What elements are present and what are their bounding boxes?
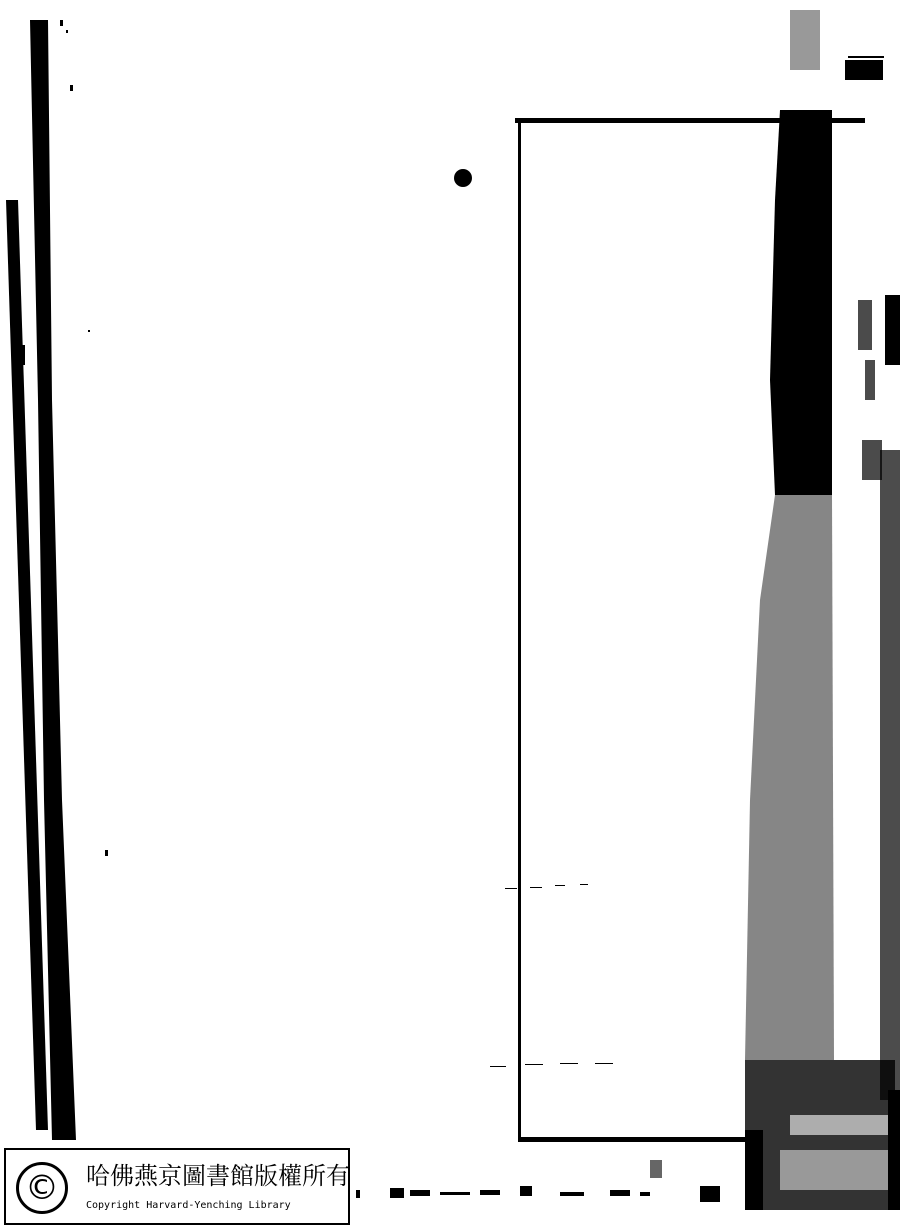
- copyright-icon: ©: [16, 1162, 68, 1214]
- label-frame-bottom: [518, 1137, 758, 1142]
- label-frame-left: [518, 120, 521, 1142]
- right-spine-textured: [745, 495, 834, 1060]
- ink-blot: [454, 169, 472, 187]
- scan-artifacts: [0, 0, 900, 1230]
- right-spine-dark: [770, 110, 832, 495]
- bottom-noise: [356, 1160, 720, 1202]
- top-right-speckles: [790, 10, 884, 80]
- scanned-page: © 哈佛燕京圖書館版權所有 Copyright Harvard-Yenching…: [0, 0, 900, 1230]
- stamp-english-text: Copyright Harvard-Yenching Library: [86, 1200, 291, 1211]
- dashed-guides: [490, 884, 613, 1067]
- title-slip-edge: [885, 295, 900, 365]
- stamp-chinese-text: 哈佛燕京圖書館版權所有: [86, 1156, 348, 1191]
- copyright-stamp: © 哈佛燕京圖書館版權所有 Copyright Harvard-Yenching…: [4, 1148, 350, 1225]
